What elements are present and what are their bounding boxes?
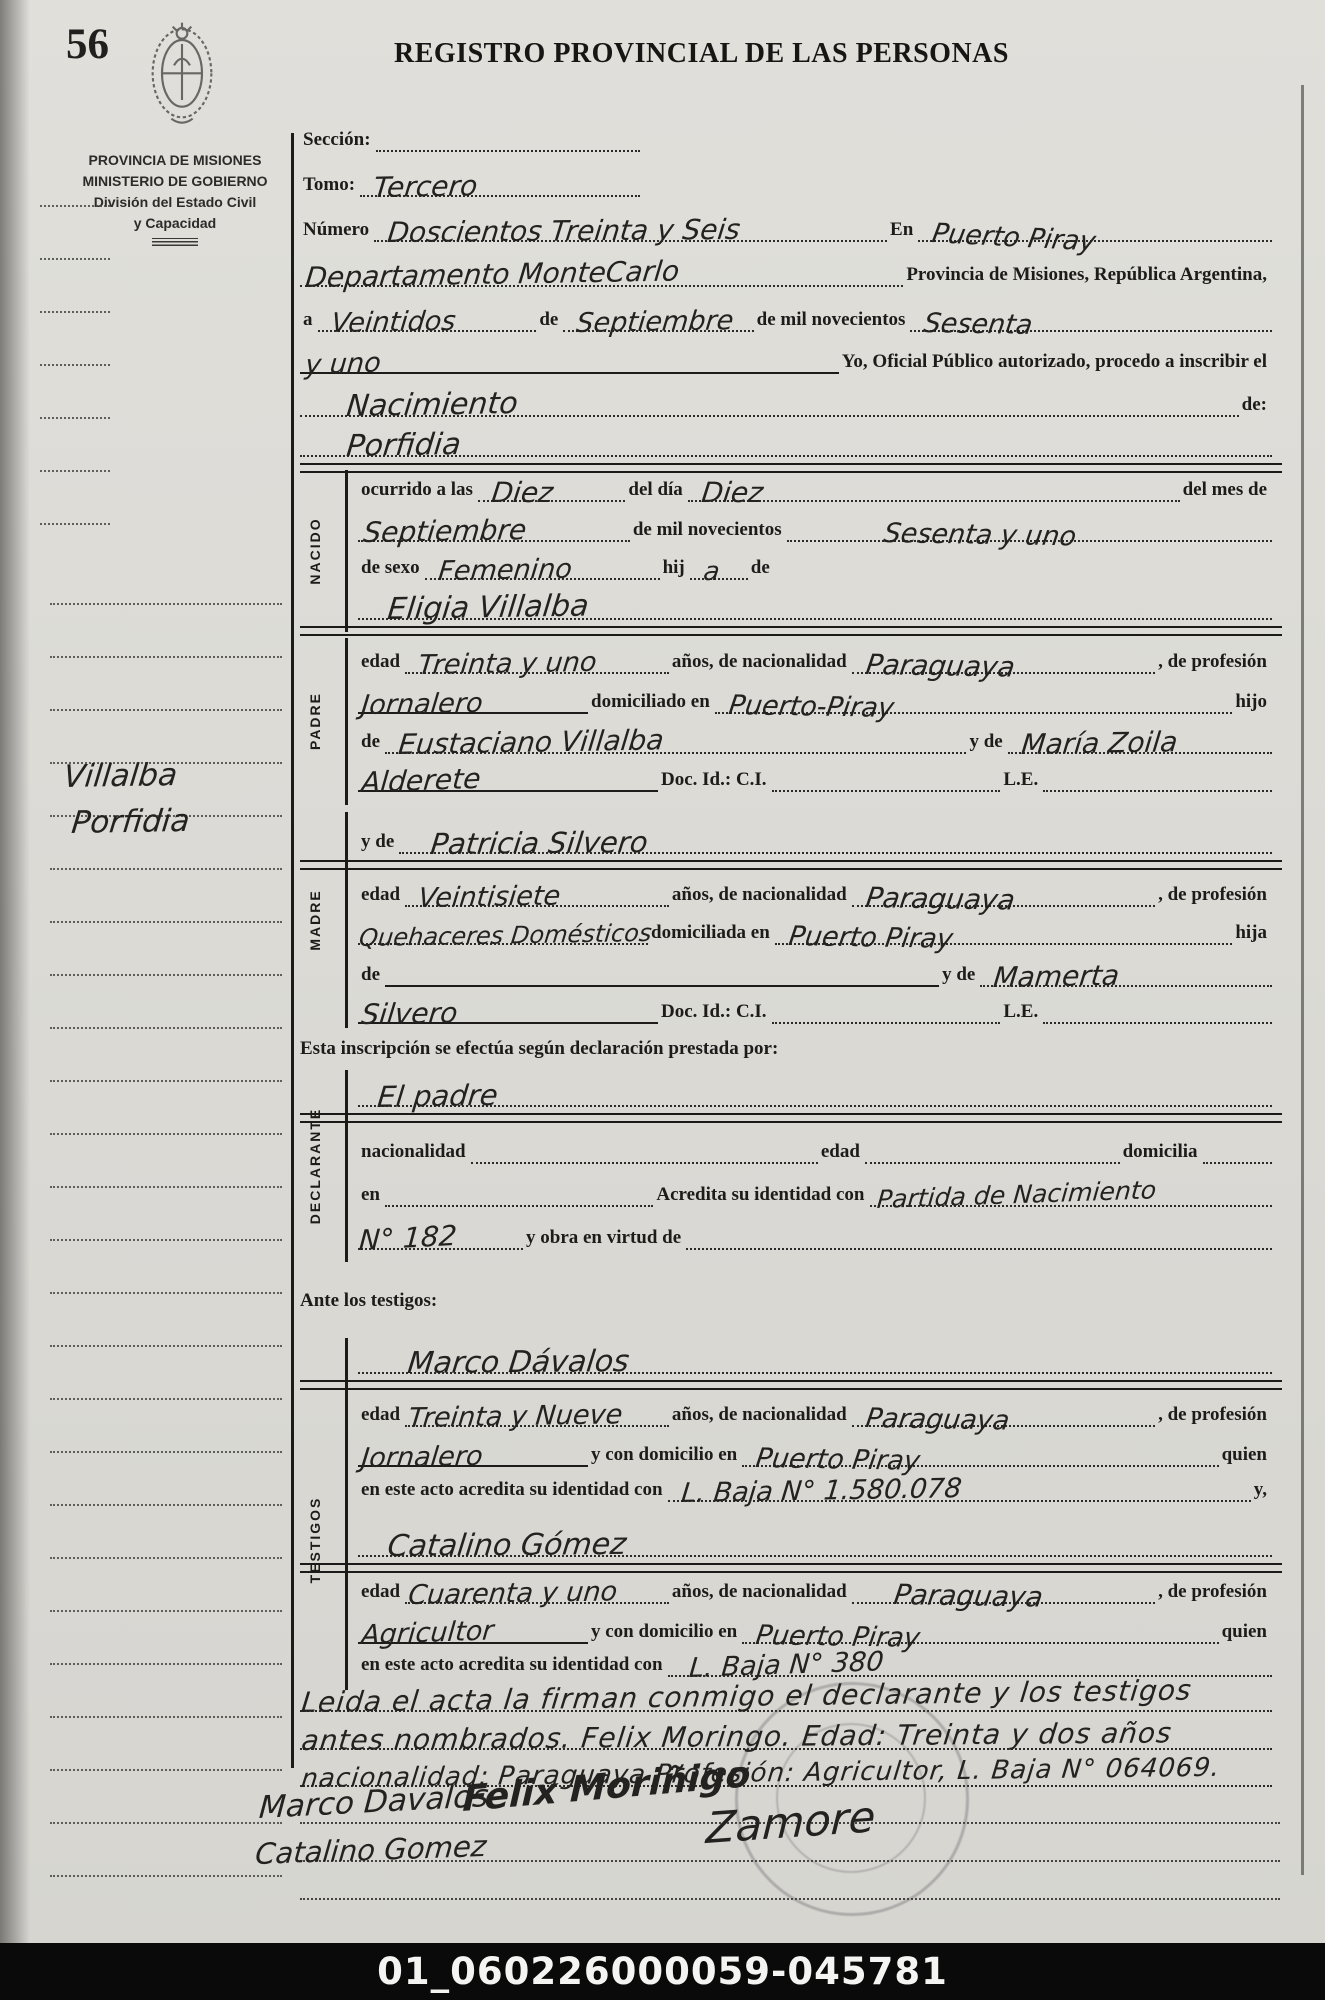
section-label-madre: MADRE: [307, 889, 323, 950]
de-label: de: [536, 310, 563, 332]
testigo2-profesion-blank: Agricultor: [358, 1608, 588, 1644]
madre-de-label: de: [358, 965, 385, 987]
margin-ruling-line: [50, 1716, 282, 1718]
declarante-nacionalidad-label: nacionalidad: [358, 1142, 471, 1164]
testigo2-edad-blank: Cuarenta y uno: [405, 1568, 669, 1604]
mes-blank: Septiembre: [563, 296, 753, 332]
numero-value: Doscientos Treinta y Seis: [386, 216, 742, 247]
scan-code: 01_060226000059-045781: [377, 1950, 948, 1993]
field-numero: Número Doscientos Treinta y Seis En Puer…: [300, 208, 1272, 242]
field-testigo2-doc: en este acto acredita su identidad con L…: [358, 1643, 1272, 1677]
field-mes-anio-nac: Septiembre de mil novecientos Sesenta y …: [358, 508, 1272, 542]
padre-nacionalidad-value: Paraguaya: [864, 651, 1017, 682]
hij-label: hij: [660, 558, 690, 580]
departamento-blank: Departamento MonteCarlo: [300, 251, 903, 287]
signature-testigo2: Catalino Gomez: [254, 1832, 488, 1869]
field-sexo: de sexo Femenino hij a de: [358, 546, 1272, 580]
padre-profesion-blank: Jornalero: [358, 678, 588, 714]
abuela-apellido-value: Alderete: [360, 765, 482, 797]
coat-of-arms-icon: [142, 12, 222, 141]
section-label-padre: PADRE: [307, 692, 323, 750]
signature-testigo1: Marco Davalos: [258, 1781, 490, 1824]
padre-de-label: de: [358, 732, 385, 754]
margin-ruling-line: [50, 1133, 282, 1135]
section-bar-testigos: [345, 1338, 348, 1690]
testigo2-nacionalidad-blank: Paraguaya: [852, 1568, 1155, 1604]
abuela-materna-value: Mamerta: [992, 962, 1121, 992]
cierre-2-blank: antes nombrados. Felix Moringo. Edad: Tr…: [300, 1714, 1272, 1750]
de-hijo-label: de: [748, 558, 775, 580]
de-colon-label: de:: [1239, 395, 1272, 417]
letterhead-flourish: [152, 238, 198, 246]
field-declarante-acredita: en Acredita su identidad con Partida de …: [358, 1173, 1272, 1207]
margin-ruling-line: [40, 417, 110, 419]
field-nombre: Porfidia: [300, 423, 1272, 457]
mes-nac-value: Septiembre: [362, 516, 528, 547]
testigo1-domicilio-blank: Puerto Piray: [742, 1431, 1218, 1467]
testigo1-edad-blank: Treinta y Nueve: [405, 1391, 669, 1427]
declarante-obra-blank: [686, 1214, 1272, 1250]
dia-nac-value: Diez: [700, 479, 765, 507]
madre-nacionalidad-blank: Paraguaya: [852, 871, 1155, 907]
field-testigo1-edad: edad Treinta y Nueve años, de nacionalid…: [358, 1393, 1272, 1427]
testigo2-edad-label: edad: [358, 1582, 405, 1604]
field-cierre-1: Leida el acta la firman conmigo el decla…: [300, 1678, 1272, 1712]
field-declarante-quien: El padre: [358, 1073, 1272, 1107]
testigo1-profesion-label: , de profesión: [1155, 1405, 1272, 1427]
testigo1-doc-value: L. Baja N° 1.580.078: [680, 1475, 963, 1507]
cierre-linea1: Leida el acta la firman conmigo el decla…: [300, 1677, 1193, 1717]
acto-value: Nacimiento: [345, 389, 519, 422]
abuela-apellido-materno-value: Silvero: [360, 999, 459, 1029]
margin-ruling-line: [50, 1239, 282, 1241]
anio-nac-blank: Sesenta y uno: [787, 506, 1272, 542]
lugar-value: Puerto Piray: [930, 220, 1098, 256]
madre-nombre-blank: Eligia Villalba: [358, 584, 1272, 620]
testigos-intro: Ante los testigos:: [300, 1290, 437, 1312]
madre-profesion-label: , de profesión: [1155, 885, 1272, 907]
declarante-domicilia-label: domicilia: [1120, 1142, 1203, 1164]
padre-domicilio-blank: Puerto-Piray: [715, 678, 1233, 714]
padre-le-blank: [1043, 756, 1272, 792]
testigo2-nacionalidad-value: Paraguaya: [892, 1581, 1045, 1612]
madre-edad-value: Veintisiete: [417, 883, 562, 912]
field-padre-doc: Alderete Doc. Id.: C.I. L.E.: [358, 758, 1272, 792]
testigo1-nombre-value: Marco Dávalos: [406, 1347, 631, 1379]
padre-doc-label: Doc. Id.: C.I.: [658, 770, 772, 792]
testigo1-nacionalidad-value: Paraguaya: [864, 1405, 1011, 1435]
novecientos-label: de mil novecientos: [754, 310, 911, 332]
letterhead-line: División del Estado Civil: [56, 192, 294, 213]
madre-y-de-label: y de: [358, 832, 399, 854]
tomo-blank: Tercero: [360, 161, 640, 197]
declarante-domicilia-blank: [1203, 1128, 1272, 1164]
field-seccion: Sección:: [300, 118, 640, 152]
section-bar-nacido: [345, 470, 348, 632]
field-abuelos-maternos: de y de Mamerta: [358, 953, 1272, 987]
field-hora-dia: ocurrido a las Diez del día Diez del mes…: [358, 468, 1272, 502]
page-edge-line: [1301, 85, 1304, 1875]
margin-ruling-line: [50, 1451, 282, 1453]
declarante-acredita-label: Acredita su identidad con: [653, 1185, 869, 1207]
novecientos-nac-label: de mil novecientos: [630, 520, 787, 542]
padre-domicilio-value: Puerto-Piray: [727, 692, 896, 722]
madre-ci-blank: [772, 988, 1001, 1024]
padre-profesion-label: , de profesión: [1155, 652, 1272, 674]
abuela-blank: María Zoila: [1008, 718, 1272, 754]
margin-ruling-line: [50, 921, 282, 923]
field-departamento: Departamento MonteCarlo Provincia de Mis…: [300, 253, 1272, 287]
declarante-edad-blank: [865, 1128, 1120, 1164]
field-madre-domicilio: Quehaceres Domésticos domiciliada en Pue…: [358, 911, 1272, 945]
abuela-apellido-materno-blank: Silvero: [358, 988, 658, 1024]
section-bar-madre: [345, 812, 348, 1028]
section-divider: [300, 1380, 1282, 1390]
padre-edad-value: Treinta y uno: [417, 649, 598, 679]
testigo2-doc-value: L. Baja N° 380: [688, 1648, 885, 1682]
testigo1-domicilio-label: y con domicilio en: [588, 1445, 742, 1467]
testigo1-quien-label: quien: [1219, 1445, 1272, 1467]
sexo-blank: Femenino: [425, 544, 660, 580]
anio-cont-value: y uno: [304, 349, 382, 379]
hijo-label: hijo: [1232, 692, 1272, 714]
field-cierre-2: antes nombrados. Felix Moringo. Edad: Tr…: [300, 1716, 1272, 1750]
book-gutter-shadow: [0, 0, 30, 2000]
padre-domicilio-label: domiciliado en: [588, 692, 715, 714]
ocurrido-label: ocurrido a las: [358, 480, 478, 502]
testigo1-nacionalidad-blank: Paraguaya: [852, 1391, 1155, 1427]
field-padre-domicilio: Jornalero domiciliado en Puerto-Piray hi…: [358, 680, 1272, 714]
field-padre-edad: edad Treinta y uno años, de nacionalidad…: [358, 640, 1272, 674]
testigo2-edad-value: Cuarenta y uno: [407, 1578, 619, 1609]
dia-nac-blank: Diez: [688, 466, 1180, 502]
form-left-border: [291, 133, 294, 1768]
margin-ruling-line: [50, 1663, 282, 1665]
field-testigo2-edad: edad Cuarenta y uno años, de nacionalida…: [358, 1570, 1272, 1604]
madre-le-label: L.E.: [1000, 1002, 1043, 1024]
section-divider: [300, 860, 1282, 870]
margin-ruling-line: [50, 1292, 282, 1294]
padre-nacionalidad-label: años, de nacionalidad: [669, 652, 852, 674]
testigo1-edad-value: Treinta y Nueve: [407, 1401, 624, 1432]
padre-ci-blank: [772, 756, 1001, 792]
margin-ruling-line: [50, 1186, 282, 1188]
margin-ruling-line: [50, 1080, 282, 1082]
madre-edad-label: edad: [358, 885, 405, 907]
dia-blank: Veintidos: [318, 296, 537, 332]
a-label: a: [300, 310, 318, 332]
margin-ruling-line: [50, 1769, 282, 1771]
margin-ruling-line: [40, 205, 110, 207]
dia-value: Veintidos: [330, 308, 457, 337]
scanned-birth-certificate: 56 REGISTRO PROVINCIAL DE LAS PERSONAS P…: [0, 0, 1325, 2000]
margin-ruling-line: [50, 603, 282, 605]
padre-y-de-label: y de: [966, 732, 1007, 754]
madre-profesion-value: Quehaceres Domésticos: [358, 921, 653, 950]
anio-cont-blank: y uno: [300, 338, 839, 374]
scan-code-bar: 01_060226000059-045781: [0, 1943, 1325, 2000]
margin-ruling-line: [40, 311, 110, 313]
abuela-apellido-blank: Alderete: [358, 756, 658, 792]
hora-value: Diez: [490, 479, 555, 507]
sexo-label: de sexo: [358, 558, 425, 580]
lugar-blank: Puerto Piray: [918, 206, 1272, 242]
field-testigo2-domicilio: Agricultor y con domicilio en Puerto Pir…: [358, 1610, 1272, 1644]
margin-note-surname: Villalba: [62, 760, 179, 793]
testigo2-domicilio-blank: Puerto Piray: [742, 1608, 1218, 1644]
margin-ruling-line: [50, 1822, 282, 1824]
cierre-1-blank: Leida el acta la firman conmigo el decla…: [300, 1676, 1272, 1712]
section-bar-padre: [345, 638, 348, 805]
field-anio-cont: y uno Yo, Oficial Público autorizado, pr…: [300, 340, 1272, 374]
page-number: 56: [66, 20, 109, 69]
madre-nombre-value: Eligia Villalba: [386, 592, 590, 625]
testigos-y-label: y,: [1251, 1480, 1272, 1502]
mes-value: Septiembre: [575, 307, 735, 337]
declarante-en-label: en: [358, 1185, 385, 1207]
margin-ruling-line: [50, 1027, 282, 1029]
padre-edad-blank: Treinta y uno: [405, 638, 669, 674]
madre-doc-label: Doc. Id.: C.I.: [658, 1002, 772, 1024]
declarante-obra-label: y obra en virtud de: [523, 1228, 686, 1250]
abuela-value: María Zoila: [1020, 728, 1179, 759]
madre-profesion-blank: Quehaceres Domésticos: [358, 909, 648, 945]
en-label: En: [887, 220, 918, 242]
madre-edad-blank: Veintisiete: [405, 871, 669, 907]
field-madre-doc: Silvero Doc. Id.: C.I. L.E.: [358, 990, 1272, 1024]
departamento-value: Departamento MonteCarlo: [304, 257, 681, 292]
madre-le-blank: [1043, 988, 1272, 1024]
letterhead-line: PROVINCIA DE MISIONES: [56, 150, 294, 171]
cierre-linea2: antes nombrados. Felix Moringo. Edad: Tr…: [300, 1719, 1173, 1755]
abuelo-value: Eustaciano Villalba: [397, 726, 665, 759]
margin-ruling-line: [50, 656, 282, 658]
mes-nac-blank: Septiembre: [358, 506, 630, 542]
testigo2-profesion-value: Agricultor: [360, 1617, 495, 1649]
section-bar-declarante: [345, 1070, 348, 1262]
testigo1-domicilio-value: Puerto Piray: [754, 1445, 922, 1475]
signature-oficial: Zamore: [705, 1796, 876, 1851]
testigo2-acredita-label: en este acto acredita su identidad con: [358, 1655, 668, 1677]
provincia-label: Provincia de Misiones, República Argenti…: [903, 265, 1272, 287]
testigo1-acredita-label: en este acto acredita su identidad con: [358, 1480, 668, 1502]
declarante-intro: Esta inscripción se efectúa según declar…: [300, 1038, 778, 1060]
madre-nacionalidad-value: Paraguaya: [864, 884, 1017, 915]
nombre-blank: Porfidia: [300, 421, 1272, 457]
field-tomo: Tomo: Tercero: [300, 163, 640, 197]
section-divider: [300, 626, 1282, 636]
testigo2-nacionalidad-label: años, de nacionalidad: [669, 1582, 852, 1604]
field-testigo1-nombre: Marco Dávalos: [358, 1340, 1272, 1374]
field-declarante-datos: nacionalidad edad domicilia: [358, 1130, 1272, 1164]
field-fecha: a Veintidos de Septiembre de mil novecie…: [300, 298, 1272, 332]
margin-ruling-line: [50, 1610, 282, 1612]
oficial-label: Yo, Oficial Público autorizado, procedo …: [839, 352, 1272, 374]
tomo-label: Tomo:: [300, 175, 360, 197]
declarante-edad-label: edad: [818, 1142, 865, 1164]
field-testigo1-domicilio: Jornalero y con domicilio en Puerto Pira…: [358, 1433, 1272, 1467]
testigo1-nacionalidad-label: años, de nacionalidad: [669, 1405, 852, 1427]
margin-ruling-line: [50, 868, 282, 870]
testigo1-edad-label: edad: [358, 1405, 405, 1427]
testigo2-profesion-label: , de profesión: [1155, 1582, 1272, 1604]
declarante-doc-value: Partida de Nacimiento: [876, 1177, 1157, 1212]
declarante-quien-blank: El padre: [358, 1071, 1272, 1107]
margin-ruling-line: [50, 709, 282, 711]
abuela-materna-blank: Mamerta: [980, 951, 1272, 987]
del-dia-label: del día: [625, 480, 687, 502]
hij-sufijo-blank: a: [690, 544, 748, 580]
madre-nombre-blank2: Patricia Silvero: [399, 818, 1272, 854]
acto-blank: Nacimiento: [300, 381, 1239, 417]
padre-edad-label: edad: [358, 652, 405, 674]
sexo-value: Femenino: [437, 556, 573, 585]
madre-nombre-value2: Patricia Silvero: [429, 828, 649, 859]
declarante-nacionalidad-blank: [471, 1128, 818, 1164]
testigo1-nombre-blank: Marco Dávalos: [358, 1338, 1272, 1374]
madre-y-de2-label: y de: [939, 965, 980, 987]
declarante-quien-value: El padre: [376, 1081, 499, 1112]
padre-profesion-value: Jornalero: [360, 690, 484, 719]
margin-ruling-line: [40, 470, 110, 472]
field-madre-nombre-nac: Eligia Villalba: [358, 586, 1272, 620]
testigo1-profesion-value: Jornalero: [360, 1443, 484, 1472]
madre-domicilio-label: domiciliada en: [648, 923, 775, 945]
letterhead-line: MINISTERIO DE GOBIERNO: [56, 171, 294, 192]
anio-blank: Sesenta: [910, 296, 1272, 332]
seccion-label: Sección:: [300, 130, 376, 152]
abuelo-materno-blank: [385, 951, 939, 987]
hija-label: hija: [1232, 923, 1272, 945]
section-label-declarante: DECLARANTE: [307, 1108, 323, 1224]
document-title: REGISTRO PROVINCIAL DE LAS PERSONAS: [394, 38, 1009, 70]
anio-nac-value: Sesenta y uno: [882, 520, 1078, 550]
hij-sufijo-value: a: [702, 559, 721, 585]
anio-value: Sesenta: [922, 310, 1034, 339]
seccion-blank: [376, 116, 640, 152]
margin-ruling-line: [40, 258, 110, 260]
margin-note-given-name: Porfidia: [70, 806, 191, 839]
field-abuelos-paternos: de Eustaciano Villalba y de María Zoila: [358, 720, 1272, 754]
declarante-numero-blank: N° 182: [358, 1214, 523, 1250]
padre-le-label: L.E.: [1000, 770, 1043, 792]
del-mes-label: del mes de: [1180, 480, 1272, 502]
padre-nacionalidad-blank: Paraguaya: [852, 638, 1155, 674]
madre-nacionalidad-label: años, de nacionalidad: [669, 885, 852, 907]
margin-ruling-line: [40, 364, 110, 366]
letterhead: PROVINCIA DE MISIONES MINISTERIO DE GOBI…: [56, 150, 294, 246]
tomo-value: Tercero: [372, 172, 479, 202]
field-testigo2-nombre: Catalino Gómez: [358, 1523, 1272, 1557]
field-declarante-numero: N° 182 y obra en virtud de: [358, 1216, 1272, 1250]
declarante-numero-value: N° 182: [358, 1222, 458, 1255]
nombre-value: Porfidia: [345, 430, 462, 462]
numero-blank: Doscientos Treinta y Seis: [374, 206, 887, 242]
field-madre-edad: edad Veintisiete años, de nacionalidad P…: [358, 873, 1272, 907]
field-madre-nombre: y de Patricia Silvero: [358, 820, 1272, 854]
margin-ruling-line: [50, 1875, 282, 1877]
margin-ruling-line: [50, 1345, 282, 1347]
margin-ruling-line: [40, 523, 110, 525]
declarante-doc-blank: Partida de Nacimiento: [870, 1171, 1273, 1207]
margin-ruling-line: [50, 1398, 282, 1400]
hora-blank: Diez: [478, 466, 626, 502]
letterhead-line: y Capacidad: [56, 213, 294, 234]
field-acto: Nacimiento de:: [300, 383, 1272, 417]
testigo2-nombre-blank: Catalino Gómez: [358, 1521, 1272, 1557]
testigo1-profesion-blank: Jornalero: [358, 1431, 588, 1467]
margin-ruling-line: [50, 1504, 282, 1506]
declarante-en-blank: [385, 1171, 653, 1207]
numero-label: Número: [300, 220, 374, 242]
section-label-nacido: NACIDO: [307, 517, 323, 584]
section-divider: [300, 1113, 1282, 1123]
margin-ruling-line: [50, 1557, 282, 1559]
madre-domicilio-value: Puerto Piray: [787, 923, 955, 953]
margin-ruling-line: [50, 974, 282, 976]
testigo2-nombre-value: Catalino Gómez: [386, 1530, 628, 1562]
